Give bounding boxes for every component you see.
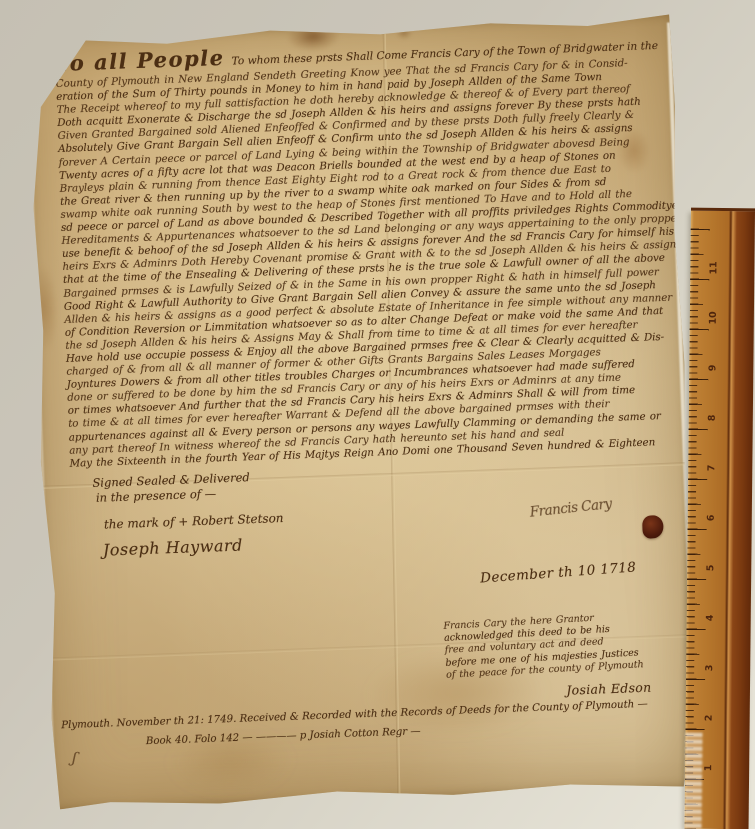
witness-signature-joseph-hayward: Joseph Hayward	[103, 536, 285, 558]
witness-block: Signed Sealed & Delivered in the presenc…	[92, 469, 285, 558]
ruler-number: 6	[686, 510, 736, 527]
wax-seal	[642, 515, 664, 539]
opening-calligraphy: To all People	[55, 45, 225, 76]
photograph-background: To all PeopleTo whom these prsts Shall C…	[0, 0, 755, 829]
ruler-worn-paint	[685, 733, 703, 829]
stain	[28, 263, 59, 354]
ruler-numbers: 1110987654321	[700, 243, 722, 793]
deed-body-text: To all PeopleTo whom these prsts Shall C…	[55, 29, 678, 471]
wooden-ruler: 1110987654321	[685, 211, 755, 829]
justice-signature: Josiah Edson	[566, 680, 652, 698]
ruler-number: 10	[688, 310, 738, 327]
acknowledgment-date: December th 10 1718	[480, 559, 637, 586]
ink-flourish: ʃ	[71, 749, 78, 767]
ruler-number: 9	[687, 360, 737, 377]
ruler-number: 7	[686, 460, 736, 477]
ruler-number: 2	[684, 710, 734, 727]
deed-document: To all PeopleTo whom these prsts Shall C…	[24, 14, 700, 809]
ruler-number: 11	[688, 260, 738, 277]
ruler-number: 4	[685, 610, 735, 627]
witness-mark-robert-stetson: the mark of + Robert Stetson	[104, 511, 284, 533]
acknowledgment-block: Francis Cary the here Grantoracknowledge…	[443, 610, 644, 682]
ruler-number: 5	[685, 560, 735, 577]
deed-body-lines: County of Plymouth in New England Sendet…	[56, 56, 678, 471]
grantor-signature: Francis Cary	[529, 496, 612, 521]
torn-edge-highlight	[26, 68, 56, 800]
ruler-number: 3	[684, 660, 734, 677]
ruler-number: 8	[687, 410, 737, 427]
